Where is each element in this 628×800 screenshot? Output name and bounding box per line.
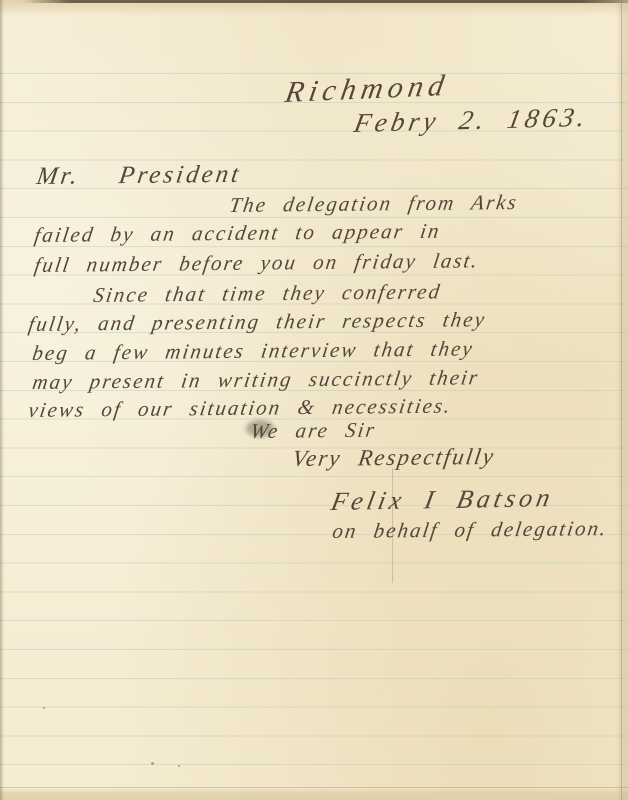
closing-line-1: We are Sir <box>249 420 377 442</box>
signature-capacity: on behalf of delegation. <box>331 518 609 542</box>
body-line-6: beg a few minutes interview that they <box>31 338 475 364</box>
closing-line-2: Very Respectfully <box>291 445 497 470</box>
paper-crease-right <box>621 0 622 800</box>
heading-date: Febry 2. 1863. <box>352 104 591 137</box>
body-line-2: failed by an accident to appear in <box>33 221 442 246</box>
salutation: Mr. President <box>35 162 243 189</box>
paper-edge-bottom <box>0 788 628 800</box>
body-line-8: views of our situation & necessities. <box>27 396 453 421</box>
body-line-3: full number before you on friday last. <box>33 250 480 276</box>
paper-edge-right <box>616 0 628 800</box>
body-line-1: The delegation from Arks <box>228 192 519 216</box>
paper-edge-left <box>0 0 4 800</box>
paper-speck <box>178 765 180 767</box>
paper-speck <box>151 762 154 765</box>
signature-name: Felix I Batson <box>329 485 556 515</box>
body-line-5: fully, and presenting their respects the… <box>27 309 488 335</box>
body-line-4: Since that time they conferred <box>92 281 443 306</box>
letter-page: Richmond Febry 2. 1863. Mr. President Th… <box>0 0 628 800</box>
paper-edge-top-shadow <box>22 0 628 3</box>
body-line-7: may present in writing succinctly their <box>31 367 481 393</box>
paper-speck <box>43 707 45 709</box>
heading-place: Richmond <box>283 71 451 108</box>
